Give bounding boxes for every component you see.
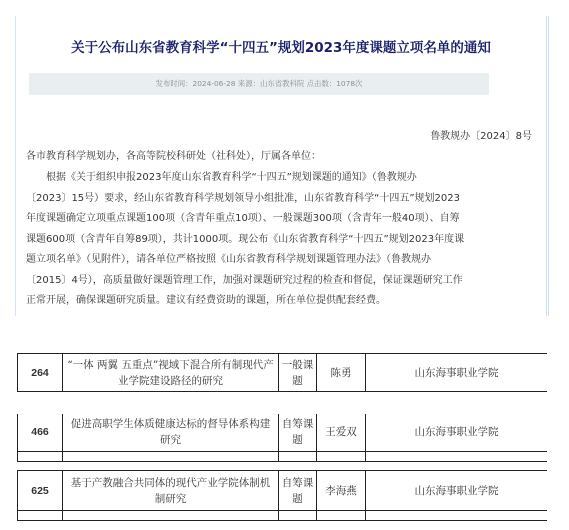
body-line: 题立项名单》（见附件），请各单位严格按照《山东省教育科学规划课题管理办法》（鲁教… — [26, 250, 534, 271]
body-line: 根据《关于组织申报2023年度山东省教育科学“十四五”规划课题的通知》（鲁教规办 — [26, 168, 534, 189]
project-name: 促进高职学生体质健康达标的督导体系构建研究 — [63, 414, 279, 452]
table-row: 264 “一体 两翼 五重点”视域下混合所有制现代产业学院建设路径的研究 一般课… — [18, 354, 548, 392]
project-leader: 陈勇 — [317, 354, 366, 392]
document-number: 鲁教规办〔2024〕8号 — [430, 127, 532, 142]
project-number: 625 — [18, 471, 63, 511]
body-line: 课题600项（含青年自筹89项），共计1000项。现公布《山东省教育科学“十四五… — [26, 230, 534, 251]
project-type: 自筹课题 — [279, 471, 317, 511]
project-table: 264 “一体 两翼 五重点”视域下混合所有制现代产业学院建设路径的研究 一般课… — [17, 353, 547, 392]
project-name: 基于产教融合共同体的现代产业学院体制机制研究 — [63, 471, 279, 511]
table-row: 625 基于产教融合共同体的现代产业学院体制机制研究 自筹课题 李海燕 山东海事… — [18, 471, 548, 511]
article-body: 根据《关于组织申报2023年度山东省教育科学“十四五”规划课题的通知》（鲁教规办… — [26, 168, 534, 312]
project-type: 一般课题 — [279, 354, 317, 392]
project-number: 466 — [18, 414, 63, 452]
table-snippet-3: 625 基于产教融合共同体的现代产业学院体制机制研究 自筹课题 李海燕 山东海事… — [17, 470, 547, 530]
body-line: 〔2015〕4号），高质量做好课题管理工作，加强对课题研究过程的检查和督促，保证… — [26, 271, 534, 292]
project-unit: 山东海事职业学院 — [366, 471, 548, 511]
project-type: 自筹课题 — [279, 414, 317, 452]
project-number: 264 — [18, 354, 63, 392]
table-snippet-2: 466 促进高职学生体质健康达标的督导体系构建研究 自筹课题 王爱双 山东海事职… — [17, 414, 547, 462]
project-unit: 山东海事职业学院 — [366, 414, 548, 452]
project-table: 625 基于产教融合共同体的现代产业学院体制机制研究 自筹课题 李海燕 山东海事… — [17, 470, 547, 521]
project-leader: 李海燕 — [317, 471, 366, 511]
article-panel: 关于公布山东省教育科学“十四五”规划2023年度课题立项名单的通知 发布时间：2… — [15, 16, 549, 316]
table-snippet-1: 264 “一体 两翼 五重点”视域下混合所有制现代产业学院建设路径的研究 一般课… — [17, 353, 547, 395]
article-title: 关于公布山东省教育科学“十四五”规划2023年度课题立项名单的通知 — [16, 36, 546, 56]
table-row-partial — [18, 511, 548, 521]
project-name: “一体 两翼 五重点”视域下混合所有制现代产业学院建设路径的研究 — [63, 354, 279, 392]
project-unit: 山东海事职业学院 — [366, 354, 548, 392]
article-meta-bar: 发布时间：2024-06-28 来源：山东省教科院 点击数：1078次 — [29, 73, 489, 95]
project-table: 466 促进高职学生体质健康达标的督导体系构建研究 自筹课题 王爱双 山东海事职… — [17, 414, 547, 462]
table-row: 466 促进高职学生体质健康达标的督导体系构建研究 自筹课题 王爱双 山东海事职… — [18, 414, 548, 452]
table-row-partial — [18, 452, 548, 462]
body-line: 年度课题确定立项重点课题100项（含青年重点10项）、一般课题300项（含青年一… — [26, 209, 534, 230]
body-line: 正常开展，确保课题研究质量。建议有经费资助的课题，所在单位提供配套经费。 — [26, 291, 534, 312]
body-line: 〔2023〕15号）要求，经山东省教育科学规划领导小组批准，山东省教育科学“十四… — [26, 189, 534, 210]
salutation: 各市教育科学规划办，各高等院校科研处（社科处），厅属各单位： — [26, 147, 534, 168]
project-leader: 王爱双 — [317, 414, 366, 452]
